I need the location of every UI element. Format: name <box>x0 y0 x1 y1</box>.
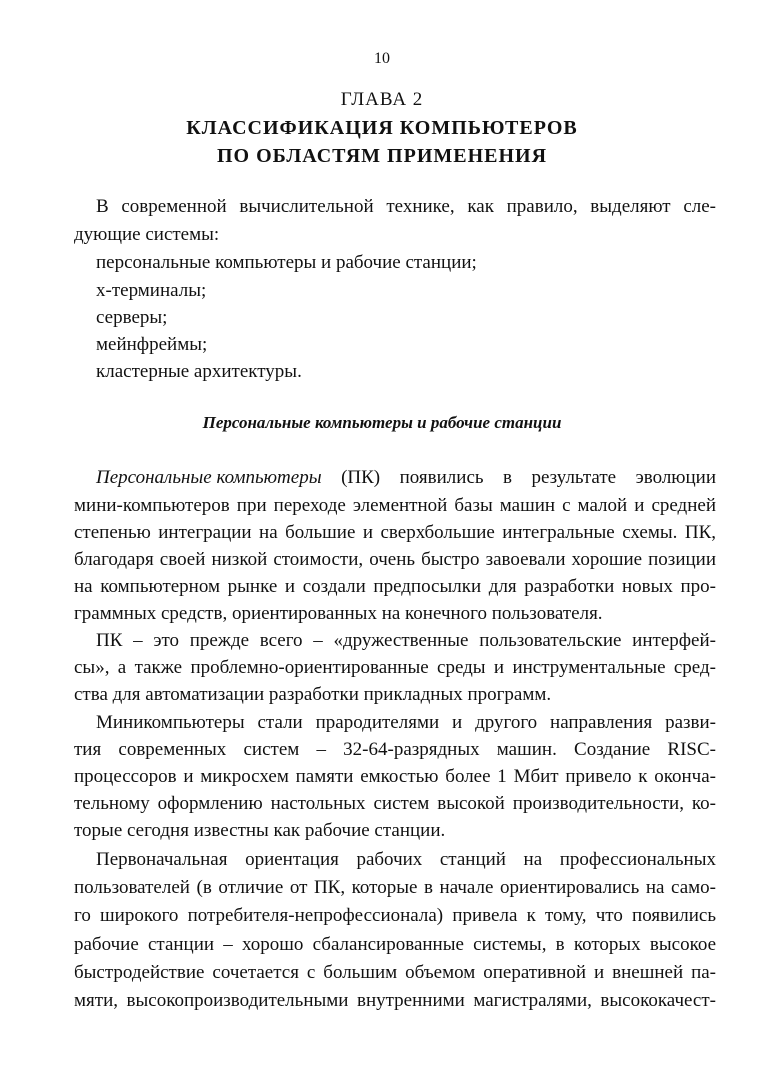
intro-line-2: дующие системы: <box>74 224 219 246</box>
paragraph-3-line: тельному оформлению настольных систем вы… <box>74 793 716 815</box>
paragraph-1-line: благодаря своей низкой стоимости, очень … <box>74 549 716 571</box>
italic-term: Персональные компьютеры <box>96 467 322 489</box>
paragraph-1-line-1: Персональные компьютеры (ПК) появились в… <box>96 467 716 489</box>
paragraph-2-line: ства для автоматизации разработки прикла… <box>74 684 551 706</box>
paragraph-3-line: тия современных систем – 32-64-разрядных… <box>74 739 716 761</box>
paragraph-2-line: сы», а также проблемно-ориентированные с… <box>74 657 716 679</box>
chapter-label: ГЛАВА 2 <box>0 86 764 114</box>
paragraph-2-line: ПК – это прежде всего – «дружественные п… <box>96 630 716 652</box>
paragraph-4-line: пользователей (в отличие от ПК, которые … <box>74 877 716 899</box>
paragraph-4-line: рабочие станции – хорошо сбалансированны… <box>74 934 716 956</box>
paragraph-4-line: быстродействие сочетается с большим объе… <box>74 962 716 984</box>
document-page: 10 ГЛАВА 2 КЛАССИФИКАЦИЯ КОМПЬЮТЕРОВ ПО … <box>0 0 764 1080</box>
paragraph-3-line: процессоров и микросхем памяти емкостью … <box>74 766 716 788</box>
page-number: 10 <box>0 50 764 68</box>
intro-line-1: В современной вычислительной технике, ка… <box>96 196 716 218</box>
chapter-title-line-1: КЛАССИФИКАЦИЯ КОМПЬЮТЕРОВ <box>0 114 764 142</box>
list-item: х-терминалы; <box>96 280 206 302</box>
chapter-title-line-2: ПО ОБЛАСТЯМ ПРИМЕНЕНИЯ <box>0 142 764 170</box>
paragraph-1-line-1-rest: (ПК) появились в результате эволюции <box>322 467 716 489</box>
paragraph-4-line: Первоначальная ориентация рабочих станци… <box>96 849 716 871</box>
paragraph-1-line: на компьютерном рынке и создали предпосы… <box>74 576 716 598</box>
paragraph-3-line: Миникомпьютеры стали прародителями и дру… <box>96 712 716 734</box>
paragraph-4-line: го широкого потребителя-непрофессионала)… <box>74 905 716 927</box>
list-item: мейнфреймы; <box>96 334 207 356</box>
list-item: кластерные архитектуры. <box>96 361 302 383</box>
list-item: серверы; <box>96 307 167 329</box>
chapter-heading: ГЛАВА 2 КЛАССИФИКАЦИЯ КОМПЬЮТЕРОВ ПО ОБЛ… <box>0 86 764 170</box>
section-heading: Персональные компьютеры и рабочие станци… <box>0 413 764 433</box>
paragraph-3-line: торые сегодня известны как рабочие станц… <box>74 820 445 842</box>
paragraph-4-line: мяти, высокопроизводительными внутренним… <box>74 990 716 1012</box>
paragraph-1-line: граммных средств, ориентированных на кон… <box>74 603 603 625</box>
list-item: персональные компьютеры и рабочие станци… <box>96 252 477 274</box>
paragraph-1-line: мини-компьютеров при переходе элементной… <box>74 495 716 517</box>
paragraph-1-line: степенью интеграции на большие и сверхбо… <box>74 522 716 544</box>
